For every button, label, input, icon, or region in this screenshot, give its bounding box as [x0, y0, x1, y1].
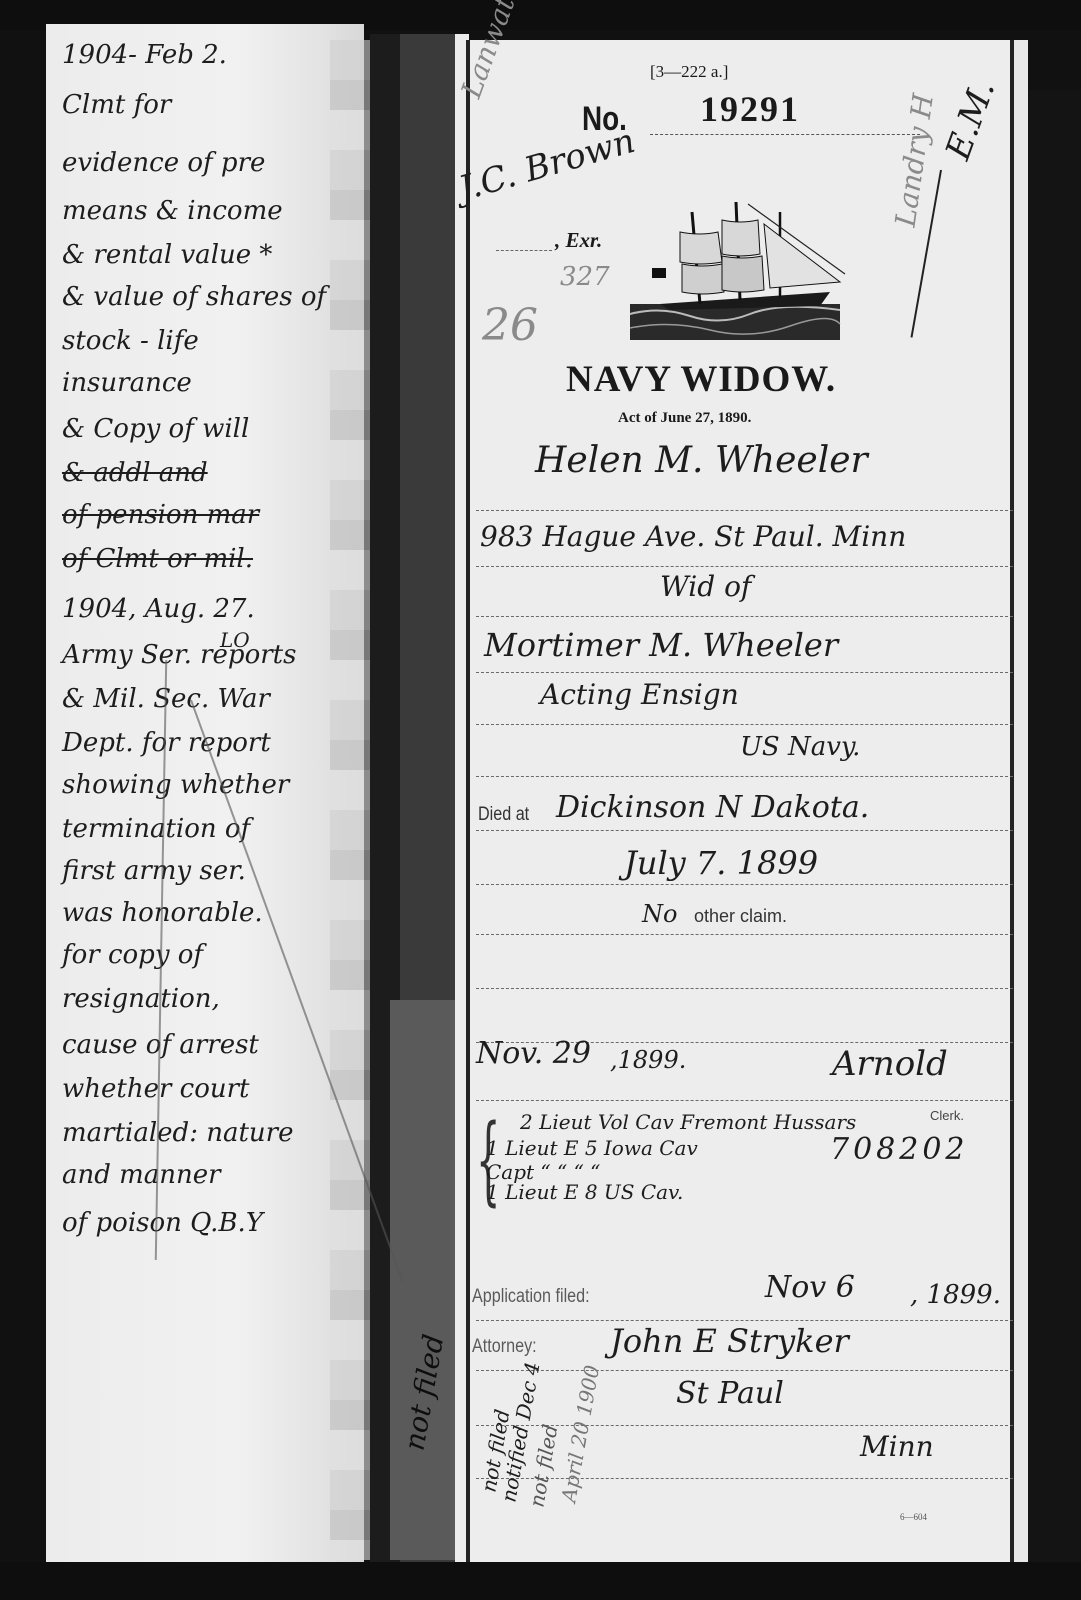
- form-margin-right: [1014, 40, 1028, 1562]
- rank: Acting Ensign: [540, 678, 739, 711]
- note-line: martialed: nature: [62, 1118, 293, 1148]
- form-rule: [476, 724, 1013, 725]
- clerk-name: Arnold: [832, 1044, 948, 1084]
- note-line: Dept. for report: [62, 728, 271, 758]
- service-line: 2 Lieut Vol Cav Fremont Hussars: [520, 1110, 856, 1134]
- note-line: 1904, Aug. 27.: [62, 594, 255, 624]
- form-rule: [476, 830, 1013, 831]
- husband-name: Mortimer M. Wheeler: [484, 626, 838, 664]
- clerk-label: Clerk.: [930, 1108, 964, 1123]
- other-claim-answer: No: [642, 900, 677, 928]
- form-footer-code: 6—604: [900, 1512, 927, 1522]
- attorney-name: John E Stryker: [610, 1322, 849, 1360]
- form-rule: [476, 510, 1013, 511]
- faint-number: 327: [560, 262, 610, 292]
- note-line: 1904- Feb 2.: [62, 40, 227, 70]
- relation: Wid of: [660, 570, 751, 603]
- note-line: for copy of: [62, 940, 203, 970]
- scan-border-right: [1028, 90, 1081, 1570]
- attorney-label: Attorney:: [472, 1336, 537, 1358]
- note-line: & rental value *: [62, 240, 272, 270]
- form-rule: [476, 776, 1013, 777]
- act-reference: Act of June 27, 1890.: [618, 410, 751, 427]
- sailing-ship-icon: [630, 192, 854, 340]
- application-date: Nov 6: [765, 1270, 855, 1305]
- certificate-number: 708202: [830, 1132, 969, 1167]
- note-line: stock - life: [62, 326, 199, 356]
- note-line: termination of: [62, 814, 250, 844]
- note-line: & addl and: [62, 458, 208, 488]
- attorney-city: St Paul: [676, 1376, 784, 1411]
- note-line: insurance: [62, 368, 192, 398]
- record-year: ,1899.: [610, 1046, 686, 1074]
- form-rule: [476, 566, 1013, 567]
- note-line: of poison Q.B.Y: [62, 1208, 263, 1238]
- application-filed-label: Application filed:: [472, 1286, 590, 1308]
- form-rule: [476, 1320, 1013, 1321]
- death-place: Dickinson N Dakota.: [556, 790, 869, 825]
- executor-rule: [496, 250, 552, 251]
- died-at-label: Died at: [478, 804, 529, 826]
- note-line: showing whether: [62, 770, 289, 800]
- form-code: [3—222 a.]: [650, 62, 728, 82]
- other-claim-label: other claim.: [694, 906, 787, 927]
- scan-border-bottom: [0, 1562, 1081, 1600]
- form-rule: [476, 616, 1013, 617]
- executor-label: , Exr.: [555, 228, 602, 253]
- attorney-state: Minn: [860, 1430, 934, 1463]
- death-date: July 7. 1899: [624, 844, 818, 882]
- form-title: NAVY WIDOW.: [566, 358, 836, 401]
- form-rule: [476, 1370, 1013, 1371]
- note-line: Army Ser. reports: [62, 640, 296, 670]
- note-line: of Clmt or mil.: [62, 544, 253, 574]
- note-line: Clmt for: [62, 90, 171, 120]
- form-rule: [476, 1100, 1013, 1101]
- faint-number: 26: [482, 300, 538, 351]
- service-line: 1 Lieut E 5 Iowa Cav: [486, 1136, 698, 1160]
- claim-number: 19291: [700, 88, 800, 130]
- note-initials: LO: [220, 628, 250, 652]
- form-rule: [476, 934, 1013, 935]
- note-line: & Copy of will: [62, 414, 249, 444]
- form-rule: [476, 672, 1013, 673]
- note-line: of pension mar: [62, 500, 259, 530]
- number-rule: [650, 134, 920, 135]
- form-rule: [476, 988, 1013, 989]
- note-line: & value of shares of: [62, 282, 326, 312]
- form-rule: [476, 1478, 1013, 1479]
- form-rule: [476, 884, 1013, 885]
- service-line: 1 Lieut E 8 US Cav.: [486, 1180, 683, 1204]
- note-line: means & income: [62, 196, 283, 226]
- branch: US Navy.: [740, 732, 860, 762]
- note-line: resignation,: [62, 984, 220, 1014]
- record-date: Nov. 29: [476, 1036, 591, 1071]
- note-line: whether court: [62, 1074, 250, 1104]
- widow-address: 983 Hague Ave. St Paul. Minn: [480, 520, 906, 553]
- note-line: first army ser.: [62, 856, 246, 886]
- note-line: evidence of pre: [62, 148, 265, 178]
- widow-name: Helen M. Wheeler: [535, 440, 868, 481]
- note-line: and manner: [62, 1160, 221, 1190]
- application-year: , 1899.: [910, 1280, 1001, 1310]
